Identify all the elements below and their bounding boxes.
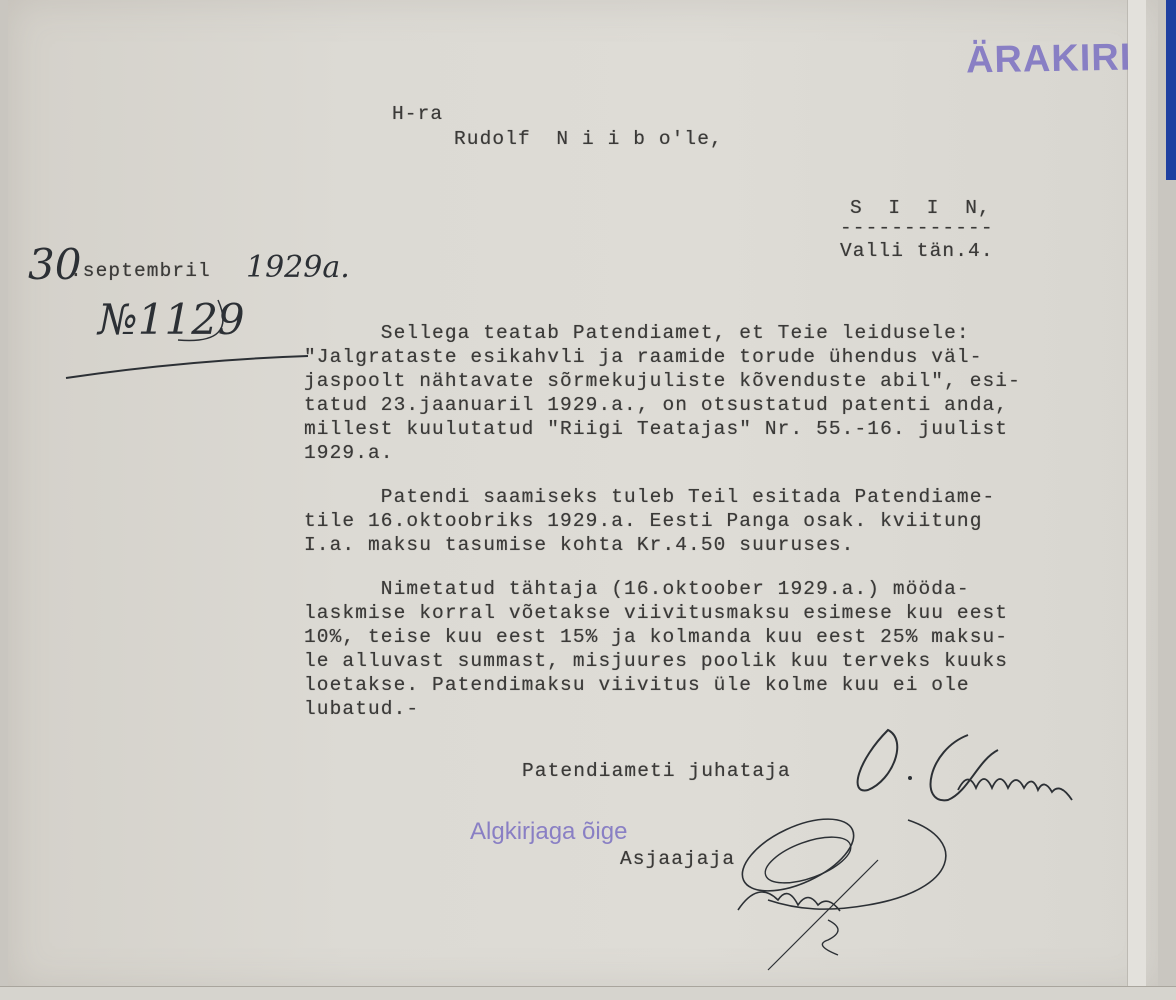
body-line: jaspoolt nähtavate sõrmekujuliste kõvend… bbox=[304, 370, 1021, 394]
director-title: Patendiameti juhataja bbox=[522, 760, 791, 784]
body-line: laskmise korral võetakse viivitusmaksu e… bbox=[304, 602, 1008, 626]
body-line: le alluvast summast, misjuures poolik ku… bbox=[304, 650, 1008, 674]
addressee-name: Rudolf N i i b o'le, bbox=[454, 128, 723, 152]
body-line: tatud 23.jaanuaril 1929.a., on otsustatu… bbox=[304, 394, 1008, 418]
body-line: I.a. maksu tasumise kohta Kr.4.50 suurus… bbox=[304, 534, 854, 558]
bottom-sheet-edge bbox=[0, 986, 1176, 1000]
city-underline: ------------ bbox=[840, 217, 994, 241]
folder-edge bbox=[1166, 0, 1176, 180]
body-line: "Jalgrataste esikahvli ja raamide torude… bbox=[304, 346, 983, 370]
body-line: Patendi saamiseks tuleb Teil esitada Pat… bbox=[304, 486, 995, 510]
body-line: 10%, teise kuu eest 15% ja kolmanda kuu … bbox=[304, 626, 1008, 650]
body-line: Nimetatud tähtaja (16.oktoober 1929.a.) … bbox=[304, 578, 970, 602]
clerk-signature bbox=[708, 800, 968, 980]
body-line: millest kuulutatud "Riigi Teatajas" Nr. … bbox=[304, 418, 1008, 442]
body-line: Sellega teatab Patendiamet, et Teie leid… bbox=[304, 322, 970, 346]
certified-copy-stamp: Algkirjaga õige bbox=[470, 818, 627, 846]
underlying-sheet-edge bbox=[1127, 0, 1146, 990]
arakiri-stamp: ÄRAKIRI bbox=[966, 37, 1132, 83]
body-line: lubatud.- bbox=[304, 698, 419, 722]
addressee-street: Valli tän.4. bbox=[840, 240, 994, 264]
body-line: loetakse. Patendimaksu viivitus üle kolm… bbox=[304, 674, 970, 698]
body-line: tile 16.oktoobriks 1929.a. Eesti Panga o… bbox=[304, 510, 983, 534]
document-page: ÄRAKIRI H-ra Rudolf N i i b o'le, S I I … bbox=[8, 0, 1158, 990]
body-line: 1929.a. bbox=[304, 442, 394, 466]
